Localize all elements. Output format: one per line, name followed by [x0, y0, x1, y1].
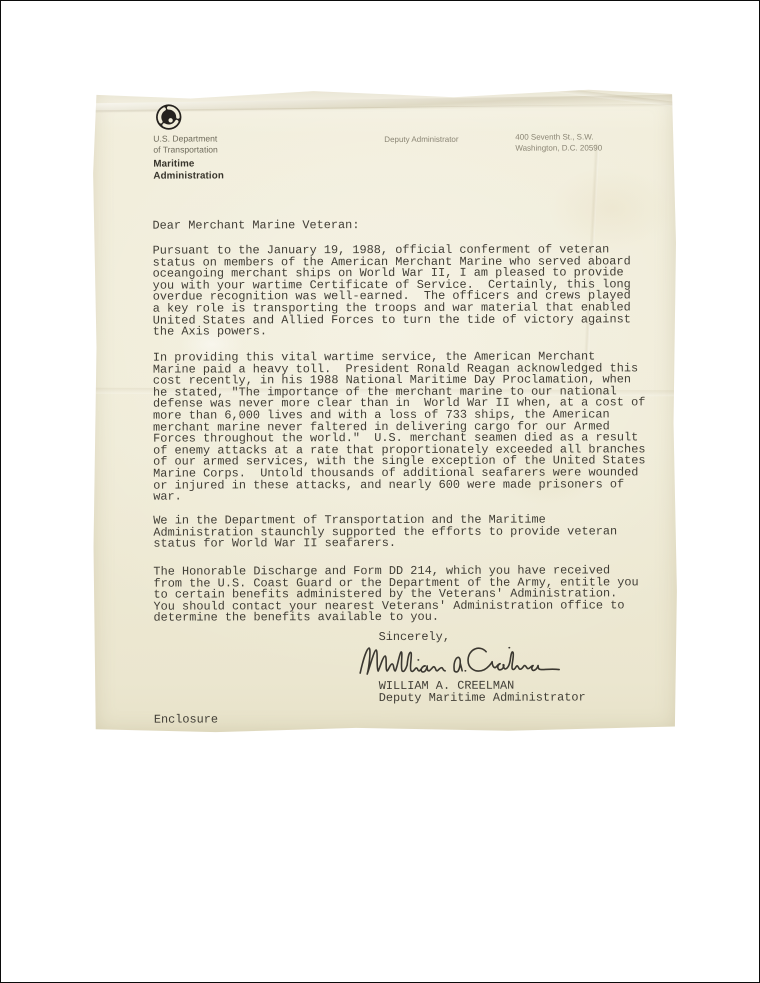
letterhead-address: 400 Seventh St., S.W. Washington, D.C. 2… [515, 132, 602, 153]
letter-paper: U.S. Department of Transportation Mariti… [91, 88, 678, 734]
paper-wrinkle-top-right [489, 80, 687, 109]
scanned-letter-page: U.S. Department of Transportation Mariti… [0, 0, 760, 983]
letterhead-department: U.S. Department of Transportation [153, 133, 218, 154]
enclosure-note: Enclosure [154, 714, 218, 726]
salutation: Dear Merchant Marine Veteran: [153, 220, 360, 232]
paragraph-1: Pursuant to the January 19, 1988, offici… [153, 244, 631, 338]
letterhead-agency: Maritime Administration [153, 158, 224, 181]
letterhead-office-title: Deputy Administrator [384, 135, 458, 144]
signer-title: Deputy Maritime Administrator [379, 692, 586, 704]
paragraph-2: In providing this vital wartime service,… [153, 351, 646, 503]
dot-triskelion-logo-icon [155, 104, 182, 131]
paragraph-3: We in the Department of Transportation a… [153, 514, 617, 550]
paragraph-4: The Honorable Discharge and Form DD 214,… [153, 565, 638, 624]
handwritten-signature-creelman [355, 642, 565, 685]
